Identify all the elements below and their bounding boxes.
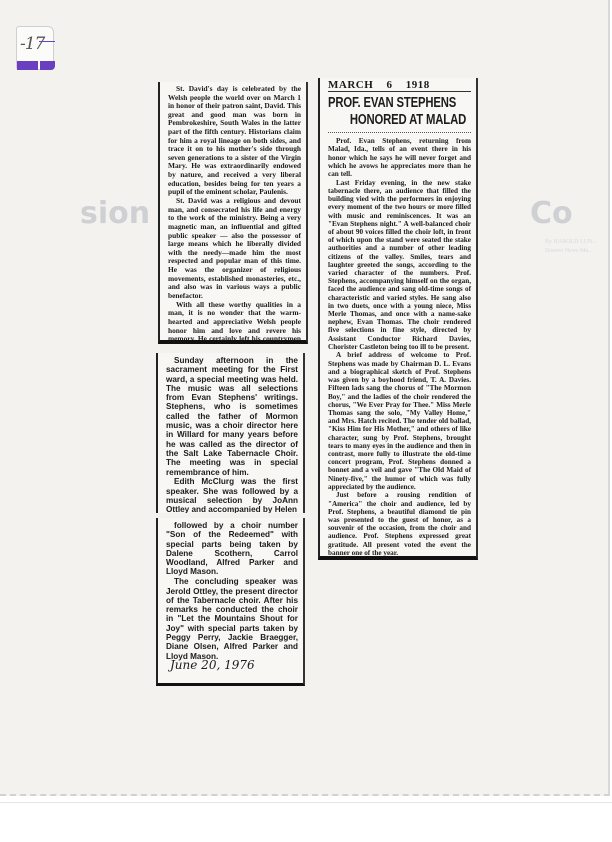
- bleed-through-byline: By HAROLD LUN... Deseret News Mu...: [545, 238, 605, 256]
- date-year: 1918: [406, 79, 430, 91]
- clipping-willard-meeting-part1: Sunday afternoon in the sacrament meetin…: [156, 353, 305, 513]
- article-paragraph: A brief address of welcome to Prof. Step…: [328, 351, 471, 490]
- article-paragraph: The concluding speaker was Jerold Ottley…: [166, 577, 298, 661]
- clipping-willard-meeting-part2: followed by a choir number "Son of the R…: [156, 518, 305, 686]
- sticker-rule: [39, 41, 55, 42]
- article-paragraph: Edith McClurg was the first speaker. She…: [166, 477, 298, 513]
- page-number: -17: [20, 34, 44, 54]
- article-paragraph: Prof. Evan Stephens, returning from Mala…: [328, 137, 471, 178]
- sticker-color-tab: [17, 61, 38, 70]
- article-paragraph: Last Friday evening, in the new stake ta…: [328, 179, 471, 351]
- date-month: MARCH: [328, 79, 373, 91]
- scrapbook-page: -17 sion Co By HAROLD LUN... Deseret New…: [0, 0, 610, 796]
- headline: HONORED AT MALAD: [328, 112, 440, 129]
- article-paragraph: Just before a rousing rendition of "Amer…: [328, 491, 471, 557]
- handwritten-date: June 20, 1976: [170, 658, 255, 672]
- sticker-color-tab: [40, 61, 55, 70]
- clipping-dateline: MARCH 6 1918: [328, 81, 471, 92]
- background-sheet: [0, 802, 612, 842]
- article-paragraph: St. David's day is celebrated by the Wel…: [168, 85, 301, 197]
- page-number-sticker: -17: [16, 26, 54, 70]
- headline: PROF. EVAN STEPHENS: [328, 95, 440, 112]
- article-paragraph: Sunday afternoon in the sacrament meetin…: [166, 356, 298, 477]
- article-paragraph: St. David was a religious and devout man…: [168, 197, 301, 300]
- bleed-through-heading: Co: [530, 196, 573, 231]
- date-day: 6: [387, 79, 393, 91]
- headline-rule: [328, 132, 471, 133]
- clipping-saint-david: St. David's day is celebrated by the Wel…: [158, 82, 308, 344]
- article-paragraph: With all these worthy qualities in a man…: [168, 301, 301, 344]
- clipping-malad-1918: MARCH 6 1918 PROF. EVAN STEPHENS HONORED…: [318, 78, 478, 560]
- article-paragraph: followed by a choir number "Son of the R…: [166, 521, 298, 577]
- bleed-through-heading: sion: [80, 196, 150, 231]
